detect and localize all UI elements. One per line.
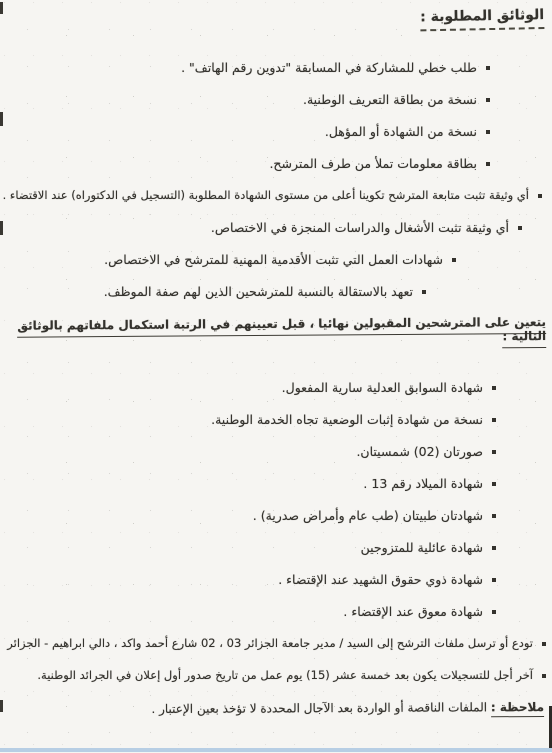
- bullet-square-icon: [538, 194, 542, 198]
- bullet-square-icon: [492, 514, 496, 518]
- list-item: نسخة من شهادة إثبات الوضعية تجاه الخدمة …: [0, 411, 496, 428]
- bullet-square-icon: [486, 98, 490, 102]
- list-item: نسخة من الشهادة أو المؤهل.: [0, 123, 490, 140]
- item-text: تودع أو ترسل ملفات الترشح إلى السيد / مد…: [7, 635, 533, 652]
- list-item: نسخة من بطاقة التعريف الوطنية.: [0, 91, 490, 108]
- bullet-square-icon: [542, 642, 546, 646]
- item-text: شهادتان طبيتان (طب عام وأمراض صدرية) .: [253, 507, 483, 524]
- item-text: نسخة من الشهادة أو المؤهل.: [325, 123, 477, 140]
- note-label: ملاحظة :: [491, 700, 544, 717]
- list-item: أي وثيقة تثبت متابعة المترشح تكوينا أعلى…: [0, 187, 542, 204]
- note-text: الملفات الناقصة أو الواردة بعد الآجال ال…: [151, 700, 491, 716]
- item-text: آخر أجل للتسجيلات يكون بعد خمسة عشر (15)…: [37, 667, 533, 684]
- list-item: صورتان (02) شمسيتان.: [0, 443, 496, 460]
- note: ملاحظة : الملفات الناقصة أو الواردة بعد …: [6, 699, 544, 719]
- list-item: طلب خطي للمشاركة في المسابقة "تدوين رقم …: [0, 59, 490, 76]
- bullet-square-icon: [492, 610, 496, 614]
- item-text: شهادة معوق عند الإقتضاء .: [343, 603, 483, 620]
- scan-artifact: [0, 221, 3, 235]
- list-item: بطاقة معلومات تملأ من طرف المترشح.: [0, 155, 490, 172]
- item-text: بطاقة معلومات تملأ من طرف المترشح.: [269, 155, 477, 172]
- item-text: صورتان (02) شمسيتان.: [356, 443, 483, 460]
- list-item: شهادة عائلية للمتزوجين: [0, 539, 496, 556]
- bullet-square-icon: [518, 226, 522, 230]
- list-item: شهادة السوابق العدلية سارية المفعول.: [0, 379, 496, 396]
- required-docs-list: طلب خطي للمشاركة في المسابقة "تدوين رقم …: [0, 59, 552, 300]
- item-text: تعهد بالاستقالة بالنسبة للمترشحين الذين …: [104, 283, 413, 300]
- bullet-square-icon: [492, 386, 496, 390]
- bullet-square-icon: [492, 418, 496, 422]
- list-item: شهادة الميلاد رقم 13 .: [0, 475, 496, 492]
- bullet-square-icon: [486, 66, 490, 70]
- scan-artifact: [0, 112, 3, 126]
- final-docs-heading: يتعين على المترشحين المقبولين نهائيا ، ق…: [8, 315, 546, 347]
- item-text: نسخة من بطاقة التعريف الوطنية.: [303, 91, 477, 108]
- item-text: شهادة السوابق العدلية سارية المفعول.: [282, 379, 483, 396]
- item-text: أي وثيقة تثبت متابعة المترشح تكوينا أعلى…: [3, 187, 529, 204]
- scanned-document-page: الوثائق المطلوبة : طلب خطي للمشاركة في ا…: [0, 0, 552, 753]
- list-item: أي وثيقة تثبت الأشغال والدراسات المنجزة …: [0, 219, 522, 236]
- item-text: طلب خطي للمشاركة في المسابقة "تدوين رقم …: [181, 59, 477, 76]
- bullet-square-icon: [486, 162, 490, 166]
- bullet-square-icon: [492, 578, 496, 582]
- bullet-square-icon: [542, 674, 546, 678]
- list-item: شهادات العمل التي تثبت الأقدمية المهنية …: [0, 251, 456, 268]
- list-item: آخر أجل للتسجيلات يكون بعد خمسة عشر (15)…: [0, 667, 546, 684]
- item-text: أي وثيقة تثبت الأشغال والدراسات المنجزة …: [211, 219, 509, 236]
- page-title: الوثائق المطلوبة :: [420, 7, 544, 31]
- list-item: شهادتان طبيتان (طب عام وأمراض صدرية) .: [0, 507, 496, 524]
- scanner-strip: [0, 748, 552, 752]
- item-text: شهادة الميلاد رقم 13 .: [363, 475, 483, 492]
- item-text: شهادات العمل التي تثبت الأقدمية المهنية …: [104, 251, 443, 268]
- final-docs-list: شهادة السوابق العدلية سارية المفعول. نسخ…: [0, 379, 552, 684]
- bullet-square-icon: [486, 130, 490, 134]
- bullet-square-icon: [422, 290, 426, 294]
- title-row: الوثائق المطلوبة :: [0, 0, 552, 29]
- list-item: شهادة ذوي حقوق الشهيد عند الإقتضاء .: [0, 571, 496, 588]
- list-item: تعهد بالاستقالة بالنسبة للمترشحين الذين …: [0, 283, 426, 300]
- bullet-square-icon: [452, 258, 456, 262]
- item-text: شهادة ذوي حقوق الشهيد عند الإقتضاء .: [278, 571, 483, 588]
- scan-artifact: [0, 2, 3, 14]
- bullet-square-icon: [492, 482, 496, 486]
- scan-artifact: [0, 700, 3, 712]
- list-item: شهادة معوق عند الإقتضاء .: [0, 603, 496, 620]
- bullet-square-icon: [492, 450, 496, 454]
- list-item: تودع أو ترسل ملفات الترشح إلى السيد / مد…: [0, 635, 546, 652]
- item-text: شهادة عائلية للمتزوجين: [361, 539, 483, 556]
- bullet-square-icon: [492, 546, 496, 550]
- item-text: نسخة من شهادة إثبات الوضعية تجاه الخدمة …: [211, 411, 483, 428]
